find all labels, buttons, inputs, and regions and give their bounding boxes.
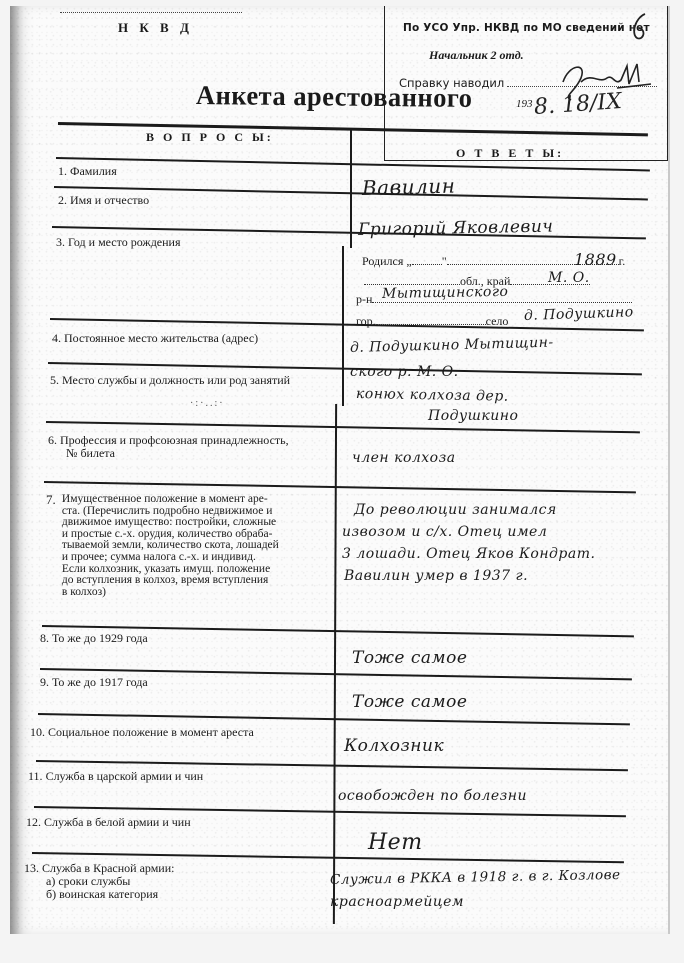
city-village-line: гор.село: [356, 314, 508, 329]
answer-13-line2: красноармейцем: [330, 894, 464, 910]
answer-7-line4: Вавилин умер в 1937 г.: [344, 568, 528, 584]
answer-10: Колхозник: [344, 736, 444, 756]
question-text-line: до вступления в колхоз, время вступления: [62, 575, 328, 587]
question-11: 11. Служба в царской армии и чин: [28, 770, 203, 783]
question-text-line: и прочее; сумма налога с.-х. и индивид.: [62, 552, 328, 564]
scan-right-edge: [668, 6, 670, 934]
column-divider: [350, 128, 352, 248]
answer-4-line2: ского р. М. О.: [350, 364, 459, 380]
page-title: Анкета арестованного: [196, 80, 473, 114]
question-number: 2.: [58, 193, 67, 207]
question-3: 3. Год и место рождения: [56, 236, 180, 249]
city-label: гор.: [356, 314, 376, 328]
question-9: 9. То же до 1917 года: [40, 676, 148, 689]
question-text: Имя и отчество: [70, 193, 149, 207]
district-label: р-н: [356, 292, 372, 306]
question-text: То же до 1929 года: [52, 631, 148, 645]
answer-7-line2: извозом и с/х. Отец имел: [342, 524, 547, 540]
answer-1: Вавилин: [362, 174, 456, 200]
birth-year-value: 1889: [574, 250, 617, 269]
question-6: 6. Профессия и профсоюзная принадлежност…: [48, 434, 289, 460]
question-number: 6.: [48, 433, 57, 447]
quote-open: „: [406, 254, 411, 268]
question-number: 8.: [40, 631, 49, 645]
question-text: То же до 1917 года: [52, 675, 148, 689]
question-4: 4. Постоянное место жительства (адрес): [52, 332, 258, 345]
question-number: 3.: [56, 235, 65, 249]
answer-8: Тоже самое: [352, 648, 467, 668]
question-8: 8. То же до 1929 года: [40, 632, 148, 645]
quote-close: ": [442, 254, 447, 268]
village-label: село: [486, 314, 509, 328]
question-text-line: в колхоз): [62, 587, 328, 599]
question-text: Служба в белой армии и чин: [44, 815, 191, 829]
header-dotted-line: [60, 12, 242, 13]
questions-header: В О П Р О С Ы:: [146, 130, 274, 145]
oblast-value: М. О.: [548, 270, 590, 286]
city-field: [376, 323, 486, 325]
day-field: [412, 263, 442, 265]
circled-mark-icon: [629, 12, 651, 42]
question-text: Служба в Красной армии:: [42, 861, 174, 875]
question-number: 10.: [30, 725, 45, 739]
answers-header: О Т В Е Т Ы:: [456, 146, 564, 161]
question-number: 7.: [46, 494, 62, 598]
answer-7-line3: 3 лошади. Отец Яков Кондрат.: [342, 546, 595, 562]
answer-5-line2: Подушкино: [428, 408, 518, 424]
stamp-chief-label: Начальник 2 отд.: [429, 48, 524, 63]
answer-11: освобожден по болезни: [338, 788, 527, 804]
title-year-prefix: 193: [516, 98, 533, 110]
question-number: 12.: [26, 815, 41, 829]
question-12: 12. Служба в белой армии и чин: [26, 816, 191, 829]
scan-shadow-edge: [10, 6, 24, 934]
answer-9: Тоже самое: [352, 692, 467, 712]
question-number: 9.: [40, 675, 49, 689]
answer-7-line1: До революции занимался: [354, 502, 557, 518]
question-number: 4.: [52, 331, 61, 345]
question-text-line2: № билета: [48, 447, 289, 460]
born-label: Родился: [362, 254, 403, 268]
question-number: 11.: [28, 769, 43, 783]
year-suffix: г.: [619, 254, 626, 268]
question-text: Место службы и должность или род занятий: [62, 373, 290, 387]
stamp-statement: По УСО Упр. НКВД по МО сведений нет: [403, 22, 650, 34]
question-7: 7. Имущественное положение в момент аре-…: [46, 494, 328, 598]
question-1: 1. Фамилия: [58, 165, 117, 178]
answer-6: член колхоза: [352, 450, 456, 466]
agency-label: Н К В Д: [118, 20, 193, 36]
answer-12: Нет: [368, 830, 423, 855]
answer-5-line1: конюх колхоза дер.: [356, 386, 509, 405]
question-number: 13.: [24, 861, 39, 875]
question-5: 5. Место службы и должность или род заня…: [50, 374, 290, 387]
question-text: Профессия и профсоюзная принадлежность,: [60, 433, 289, 447]
district-value: Мытищинского: [382, 284, 509, 302]
question-text: Фамилия: [70, 164, 117, 178]
question-text: Служба в царской армии и чин: [46, 769, 204, 783]
question-text: Социальное положение в момент ареста: [48, 725, 254, 739]
scan-artifact: ·:·..:·: [190, 398, 225, 409]
answer-2: Григорий Яковлевич: [358, 217, 554, 240]
question-number: 1.: [58, 164, 67, 178]
question-13: 13. Служба в Красной армии: а) сроки слу…: [24, 862, 174, 901]
question-10: 10. Социальное положение в момент ареста: [30, 726, 254, 739]
question-text: Постоянное место жительства (адрес): [64, 331, 258, 345]
question-2: 2. Имя и отчество: [58, 194, 149, 207]
question-text: Год и место рождения: [68, 235, 180, 249]
question-number: 5.: [50, 373, 59, 387]
question-text-line: Имущественное положение в момент аре-: [62, 494, 328, 506]
question-sub-b: б) воинская категория: [24, 888, 174, 901]
column-divider-lower: [342, 246, 344, 406]
